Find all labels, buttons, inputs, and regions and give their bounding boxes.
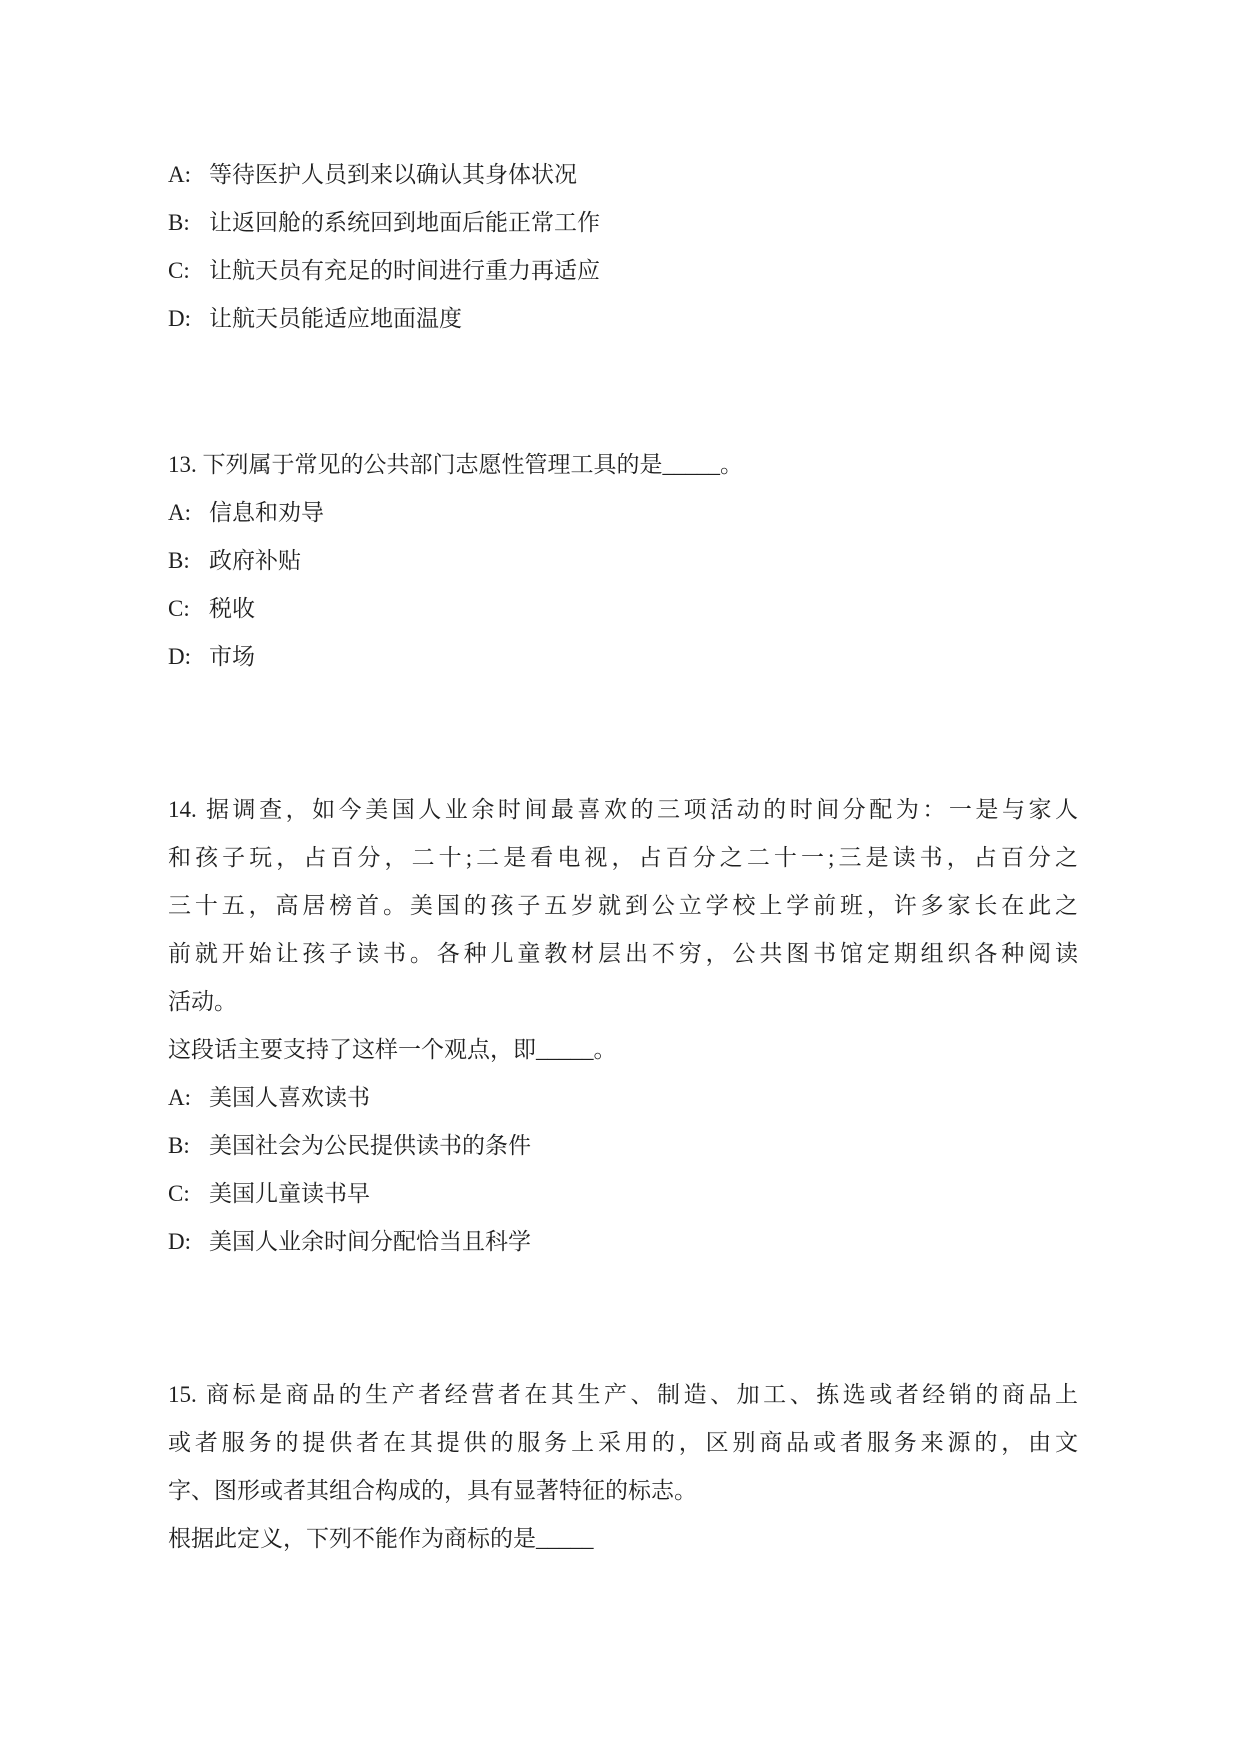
option-row: A:信息和劝导 — [168, 489, 1078, 537]
option-row: A:等待医护人员到来以确认其身体状况 — [168, 151, 1078, 199]
question-prompt: 这段话主要支持了这样一个观点，即_____。 — [168, 1026, 1078, 1074]
paragraph-line: 或者服务的提供者在其提供的服务上采用的，区别商品或者服务来源的，由文 — [168, 1419, 1078, 1467]
question-stem: 13. 下列属于常见的公共部门志愿性管理工具的是_____。 — [168, 441, 1078, 489]
question-13: 13. 下列属于常见的公共部门志愿性管理工具的是_____。 A:信息和劝导 B… — [168, 441, 1078, 681]
document-content: A:等待医护人员到来以确认其身体状况 B:让返回舱的系统回到地面后能正常工作 C… — [168, 151, 1078, 1563]
option-text: 美国儿童读书早 — [209, 1181, 370, 1206]
paragraph-line: 和孩子玩，占百分，二十;二是看电视，占百分之二十一;三是读书，占百分之 — [168, 834, 1078, 882]
question-15: 15. 商标是商品的生产者经营者在其生产、制造、加工、拣选或者经销的商品上 或者… — [168, 1371, 1078, 1563]
option-label: A: — [168, 151, 196, 199]
option-text: 美国人业余时间分配恰当且科学 — [209, 1229, 531, 1254]
option-label: D: — [168, 633, 196, 681]
option-label: B: — [168, 1122, 196, 1170]
option-label: D: — [168, 1218, 196, 1266]
option-row: D:美国人业余时间分配恰当且科学 — [168, 1218, 1078, 1266]
paragraph-line: 14. 据调查，如今美国人业余时间最喜欢的三项活动的时间分配为：一是与家人 — [168, 786, 1078, 834]
option-text: 市场 — [209, 644, 255, 669]
paragraph-line: 15. 商标是商品的生产者经营者在其生产、制造、加工、拣选或者经销的商品上 — [168, 1371, 1078, 1419]
option-label: B: — [168, 537, 196, 585]
option-label: A: — [168, 489, 196, 537]
option-label: B: — [168, 199, 196, 247]
option-label: C: — [168, 1170, 196, 1218]
question-12-options: A:等待医护人员到来以确认其身体状况 B:让返回舱的系统回到地面后能正常工作 C… — [168, 151, 1078, 343]
option-row: A:美国人喜欢读书 — [168, 1074, 1078, 1122]
paragraph-line: 前就开始让孩子读书。各种儿童教材层出不穷，公共图书馆定期组织各种阅读 — [168, 930, 1078, 978]
option-text: 信息和劝导 — [209, 500, 324, 525]
option-text: 美国社会为公民提供读书的条件 — [209, 1133, 531, 1158]
option-row: B:美国社会为公民提供读书的条件 — [168, 1122, 1078, 1170]
option-row: B:让返回舱的系统回到地面后能正常工作 — [168, 199, 1078, 247]
paragraph-line: 字、图形或者其组合构成的，具有显著特征的标志。 — [168, 1467, 1078, 1515]
option-row: C:让航天员有充足的时间进行重力再适应 — [168, 247, 1078, 295]
question-prompt: 根据此定义，下列不能作为商标的是_____ — [168, 1515, 1078, 1563]
option-label: C: — [168, 585, 196, 633]
option-text: 税收 — [209, 596, 255, 621]
paragraph-line: 活动。 — [168, 978, 1078, 1026]
option-text: 让返回舱的系统回到地面后能正常工作 — [209, 210, 600, 235]
option-label: D: — [168, 295, 196, 343]
option-text: 美国人喜欢读书 — [209, 1085, 370, 1110]
option-text: 政府补贴 — [209, 548, 301, 573]
option-row: C:美国儿童读书早 — [168, 1170, 1078, 1218]
question-14: 14. 据调查，如今美国人业余时间最喜欢的三项活动的时间分配为：一是与家人 和孩… — [168, 786, 1078, 1266]
option-row: B:政府补贴 — [168, 537, 1078, 585]
paragraph-line: 三十五，高居榜首。美国的孩子五岁就到公立学校上学前班，许多家长在此之 — [168, 882, 1078, 930]
option-row: D:让航天员能适应地面温度 — [168, 295, 1078, 343]
option-text: 等待医护人员到来以确认其身体状况 — [209, 162, 577, 187]
document-page: A:等待医护人员到来以确认其身体状况 B:让返回舱的系统回到地面后能正常工作 C… — [0, 0, 1240, 1753]
option-text: 让航天员有充足的时间进行重力再适应 — [209, 258, 600, 283]
option-row: D:市场 — [168, 633, 1078, 681]
option-row: C:税收 — [168, 585, 1078, 633]
option-label: C: — [168, 247, 196, 295]
option-label: A: — [168, 1074, 196, 1122]
option-text: 让航天员能适应地面温度 — [209, 306, 462, 331]
